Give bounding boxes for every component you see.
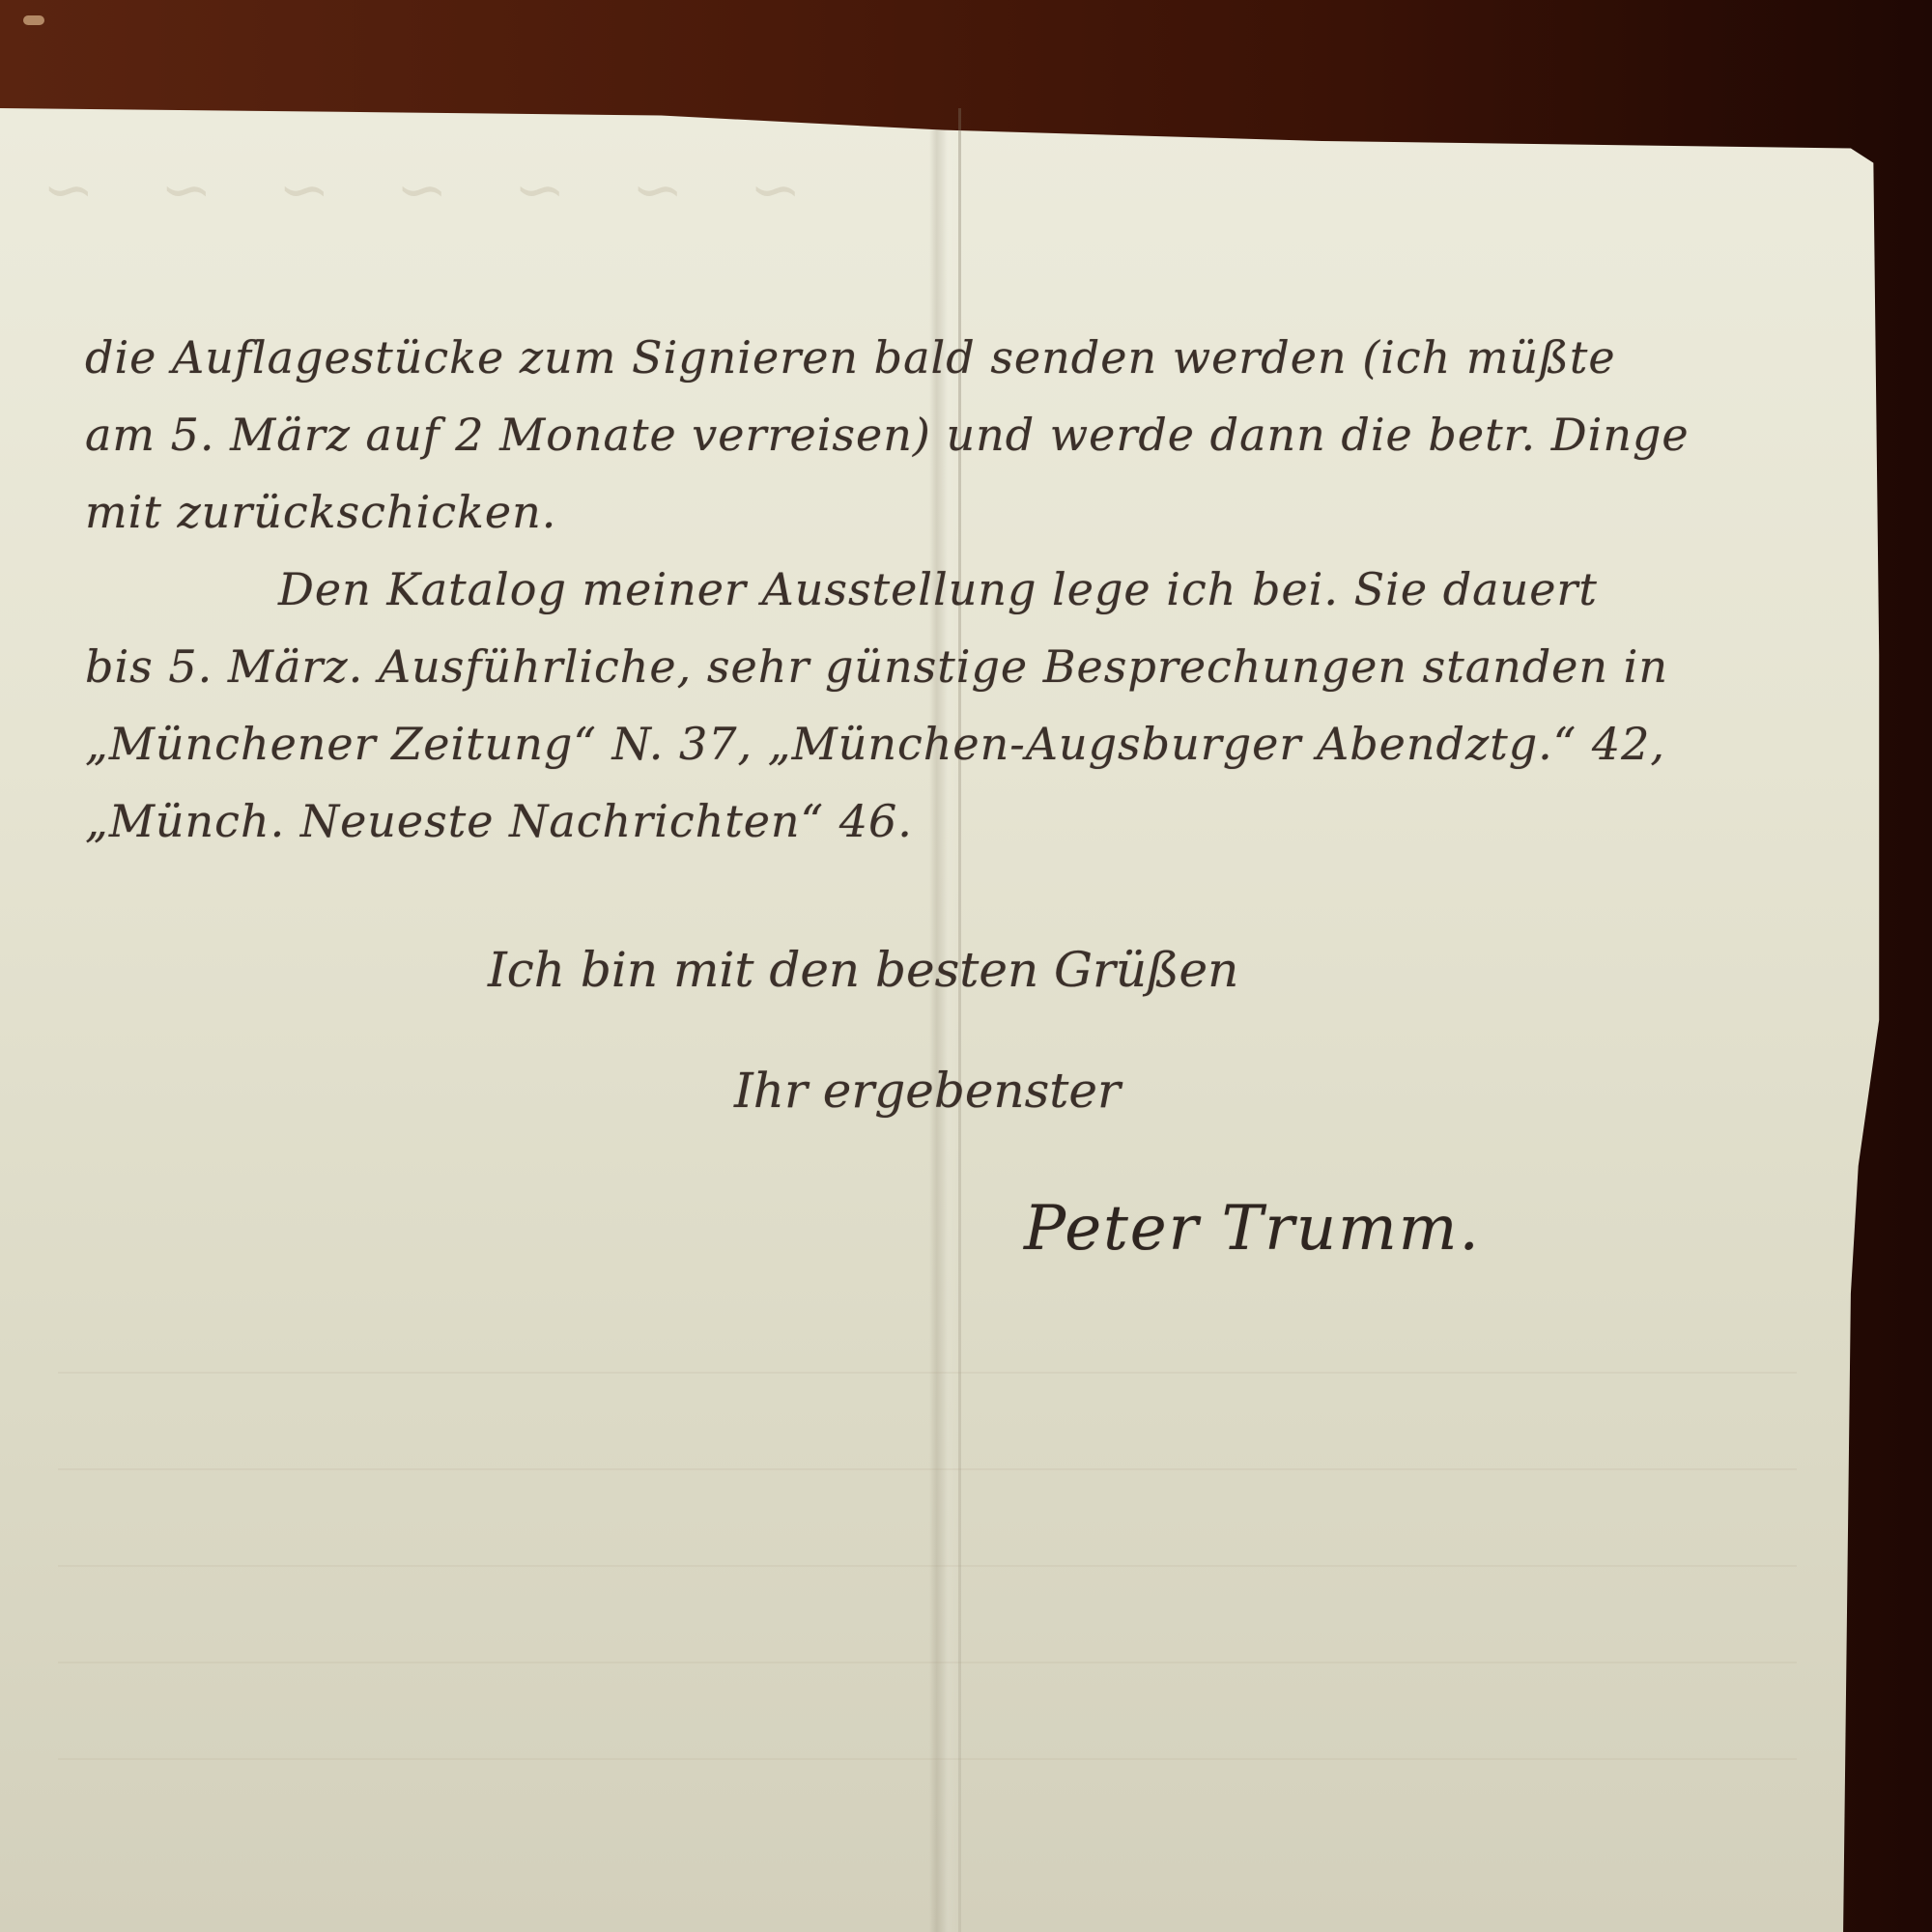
background-speck (23, 15, 44, 25)
body-line-7: „Münch. Neueste Nachrichten“ 46. (85, 782, 1843, 860)
body-line-3: mit zurückschicken. (85, 473, 1843, 551)
closing-greeting: Ich bin mit den besten Grüßen (488, 942, 1238, 998)
faint-backside-line (58, 1372, 1797, 1374)
body-line-4: Den Katalog meiner Ausstellung lege ich … (85, 551, 1843, 628)
signature: Peter Trumm. (1024, 1193, 1481, 1264)
faint-backside-line (58, 1468, 1797, 1470)
body-line-6: „Münchener Zeitung“ N. 37, „München-Augs… (85, 705, 1843, 782)
faint-backside-line (58, 1565, 1797, 1567)
body-line-1: die Auflagestücke zum Signieren bald sen… (85, 319, 1843, 396)
show-through-text: ~ ~ ~ ~ ~ ~ ~ (19, 155, 801, 226)
body-line-5: bis 5. März. Ausführliche, sehr günstige… (85, 628, 1843, 705)
body-line-2: am 5. März auf 2 Monate verreisen) und w… (85, 396, 1843, 473)
faint-backside-line (58, 1662, 1797, 1663)
letter-body: die Auflagestücke zum Signieren bald sen… (85, 319, 1843, 860)
faint-backside-line (58, 1758, 1797, 1760)
complimentary-close: Ihr ergebenster (734, 1063, 1121, 1119)
